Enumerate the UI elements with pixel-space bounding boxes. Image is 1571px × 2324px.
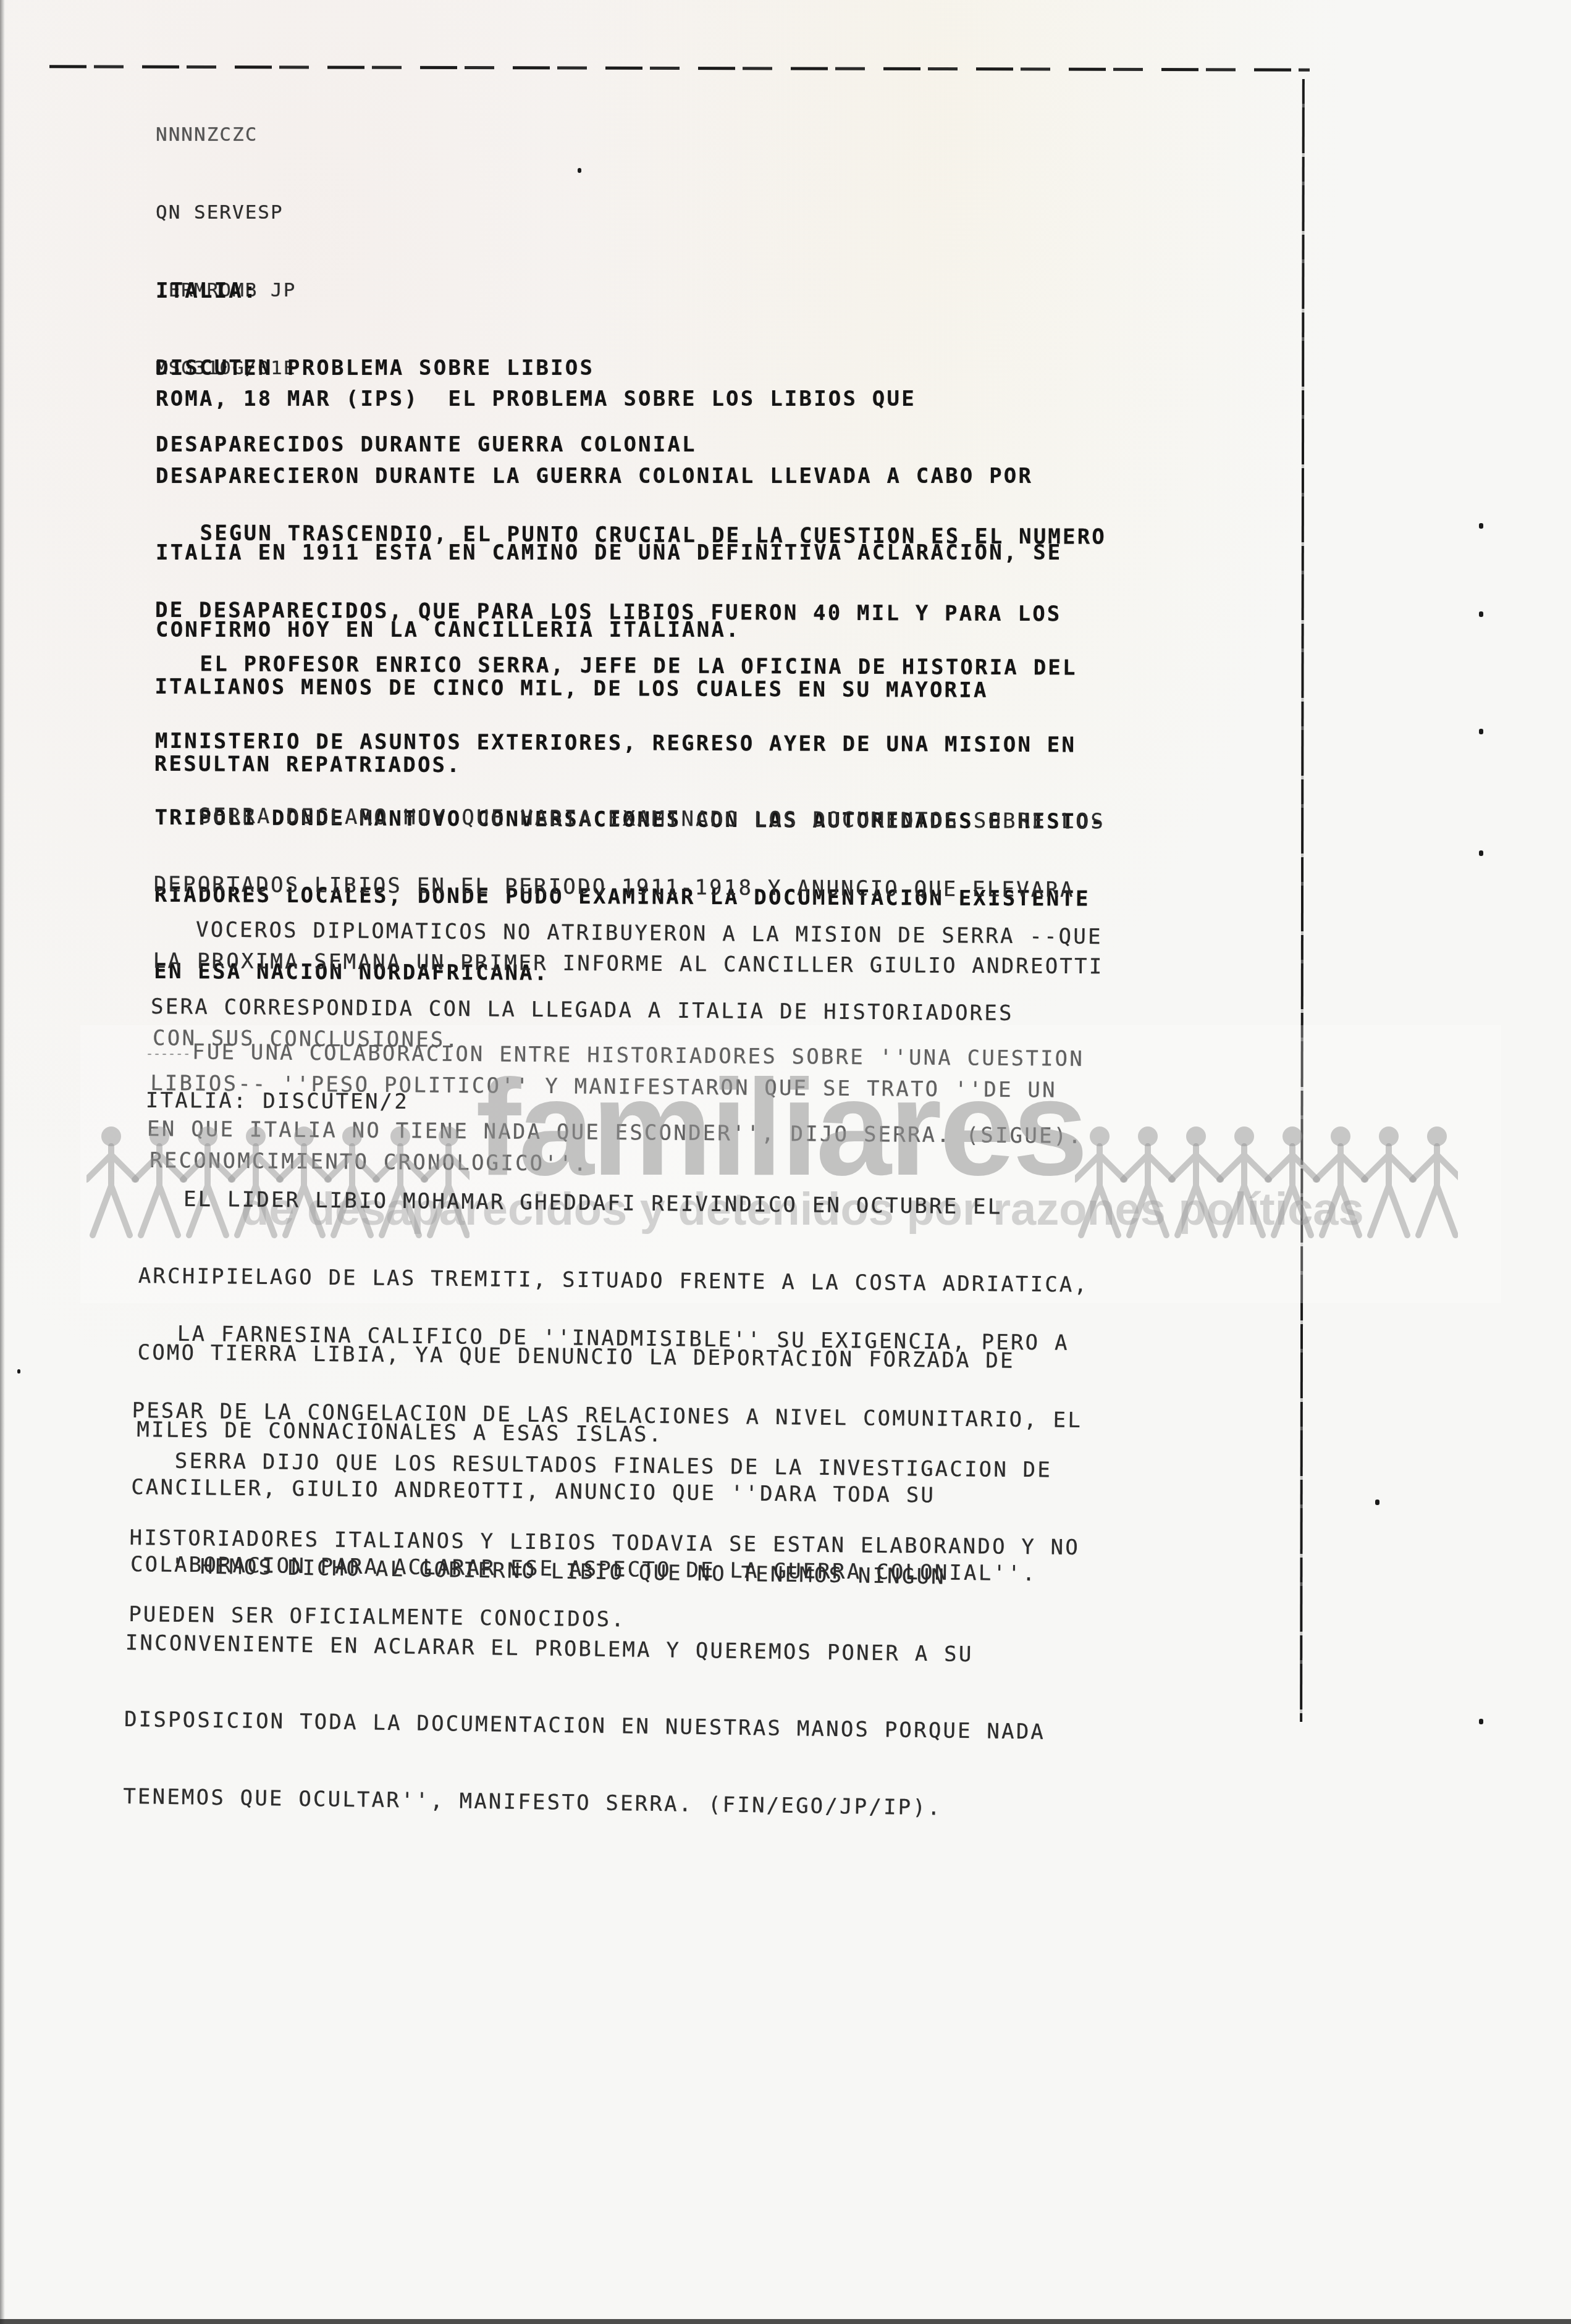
ink-speck (1375, 1500, 1379, 1505)
text-line: ''HEMOS DICHO AL GOBIERNO LIBIO QUE NO T… (171, 1554, 946, 1590)
ink-speck (1479, 523, 1483, 529)
routing-line: NNNNZCZC (156, 122, 296, 148)
text-line: ROMA, 18 MAR (IPS) EL PROBLEMA SOBRE LOS… (156, 387, 1063, 413)
ink-speck (1479, 611, 1483, 617)
scan-edge-bottom (0, 2319, 1571, 2324)
text-line: EL PROFESOR ENRICO SERRA, JEFE DE LA OFI… (200, 652, 1077, 680)
text-line: EL LIDER LIBIO MOHAMAR GHEDDAFI REIVINDI… (183, 1187, 1003, 1220)
ink-speck (17, 1369, 20, 1374)
paragraph-10: ''HEMOS DICHO AL GOBIERNO LIBIO QUE NO T… (122, 1502, 1048, 1848)
ink-speck (1479, 850, 1483, 856)
text-line: SEGUN TRASCENDIO, EL PUNTO CRUCIAL DE LA… (200, 521, 1106, 549)
text-line: INCONVENIENTE EN ACLARAR EL PROBLEMA Y Q… (125, 1630, 1047, 1668)
text-line: SERRA DIJO QUE LOS RESULTADOS FINALES DE… (175, 1449, 1053, 1483)
text-line: TENEMOS QUE OCULTAR'', MANIFESTO SERRA. … (123, 1784, 1045, 1822)
continuation-slug: ITALIA: DISCUTEN/2 (146, 1088, 409, 1115)
ink-speck (578, 168, 581, 173)
ink-speck (1479, 729, 1483, 734)
routing-line: QN SERVESP (156, 199, 296, 225)
text-line: VOCEROS DIPLOMATICOS NO ATRIBUYERON A LA… (196, 918, 1103, 950)
headline-section: ITALIA: (156, 279, 697, 304)
text-line: DISPOSICION TODA LA DOCUMENTACION EN NUE… (124, 1707, 1046, 1745)
text-line: LA FARNESINA CALIFICO DE ''INADMISIBLE''… (177, 1322, 1069, 1356)
separator-mark: ------ (146, 1041, 190, 1067)
text-line: FUE UNA COLABORACION ENTRE HISTORIADORES… (192, 1040, 1084, 1072)
scan-edge-left (0, 0, 5, 2324)
ink-speck (1479, 1719, 1483, 1724)
text-line: SERRA DECLARO HOY QUE HABIA EXAMINADO LO… (198, 803, 1105, 834)
